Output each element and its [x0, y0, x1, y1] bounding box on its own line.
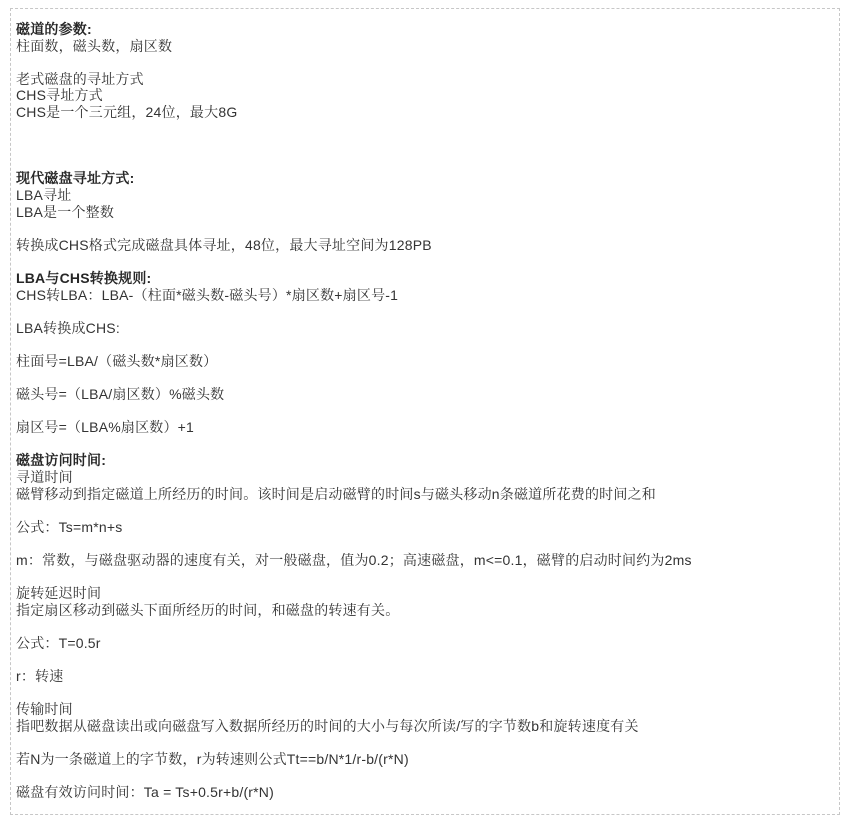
- text-line: 磁盘有效访问时间：Ta = Ts+0.5r+b/(r*N): [16, 784, 833, 801]
- text-line: 老式磁盘的寻址方式: [16, 71, 833, 88]
- section-heading: LBA与CHS转换规则:: [16, 270, 833, 287]
- text-line: LBA是一个整数: [16, 204, 833, 221]
- text-line: 柱面号=LBA/（磁头数*扇区数）: [16, 353, 833, 370]
- text-line: 公式：Ts=m*n+s: [16, 519, 833, 536]
- text-line: CHS是一个三元组，24位，最大8G: [16, 104, 833, 121]
- text-line: 柱面数，磁头数，扇区数: [16, 38, 833, 55]
- text-line: 传输时间: [16, 701, 833, 718]
- text-line: 指吧数据从磁盘读出或向磁盘写入数据所经历的时间的大小与每次所读/写的字节数b和旋…: [16, 718, 833, 735]
- text-line: 转换成CHS格式完成磁盘具体寻址，48位，最大寻址空间为128PB: [16, 237, 833, 254]
- text-line: 指定扇区移动到磁头下面所经历的时间，和磁盘的转速有关。: [16, 602, 833, 619]
- text-line: 旋转延迟时间: [16, 585, 833, 602]
- text-line: LBA转换成CHS:: [16, 320, 833, 337]
- text-line: m：常数，与磁盘驱动器的速度有关，对一般磁盘，值为0.2；高速磁盘，m<=0.1…: [16, 552, 833, 569]
- section-heading: 磁道的参数:: [16, 21, 833, 38]
- note-content-box: 磁道的参数:柱面数，磁头数，扇区数老式磁盘的寻址方式CHS寻址方式CHS是一个三…: [10, 8, 840, 815]
- text-line: 寻道时间: [16, 469, 833, 486]
- section-heading: 磁盘访问时间:: [16, 452, 833, 469]
- section-heading: 现代磁盘寻址方式:: [16, 170, 833, 187]
- text-line: r：转速: [16, 668, 833, 685]
- text-line: 公式：T=0.5r: [16, 635, 833, 652]
- text-line: 磁臂移动到指定磁道上所经历的时间。该时间是启动磁臂的时间s与磁头移动n条磁道所花…: [16, 486, 833, 503]
- text-line: 扇区号=（LBA%扇区数）+1: [16, 419, 833, 436]
- text-line: 磁头号=（LBA/扇区数）%磁头数: [16, 386, 833, 403]
- text-line: LBA寻址: [16, 187, 833, 204]
- text-line: CHS转LBA：LBA-（柱面*磁头数-磁头号）*扇区数+扇区号-1: [16, 287, 833, 304]
- text-line: CHS寻址方式: [16, 87, 833, 104]
- text-line: 若N为一条磁道上的字节数，r为转速则公式Tt==b/N*1/r-b/(r*N): [16, 751, 833, 768]
